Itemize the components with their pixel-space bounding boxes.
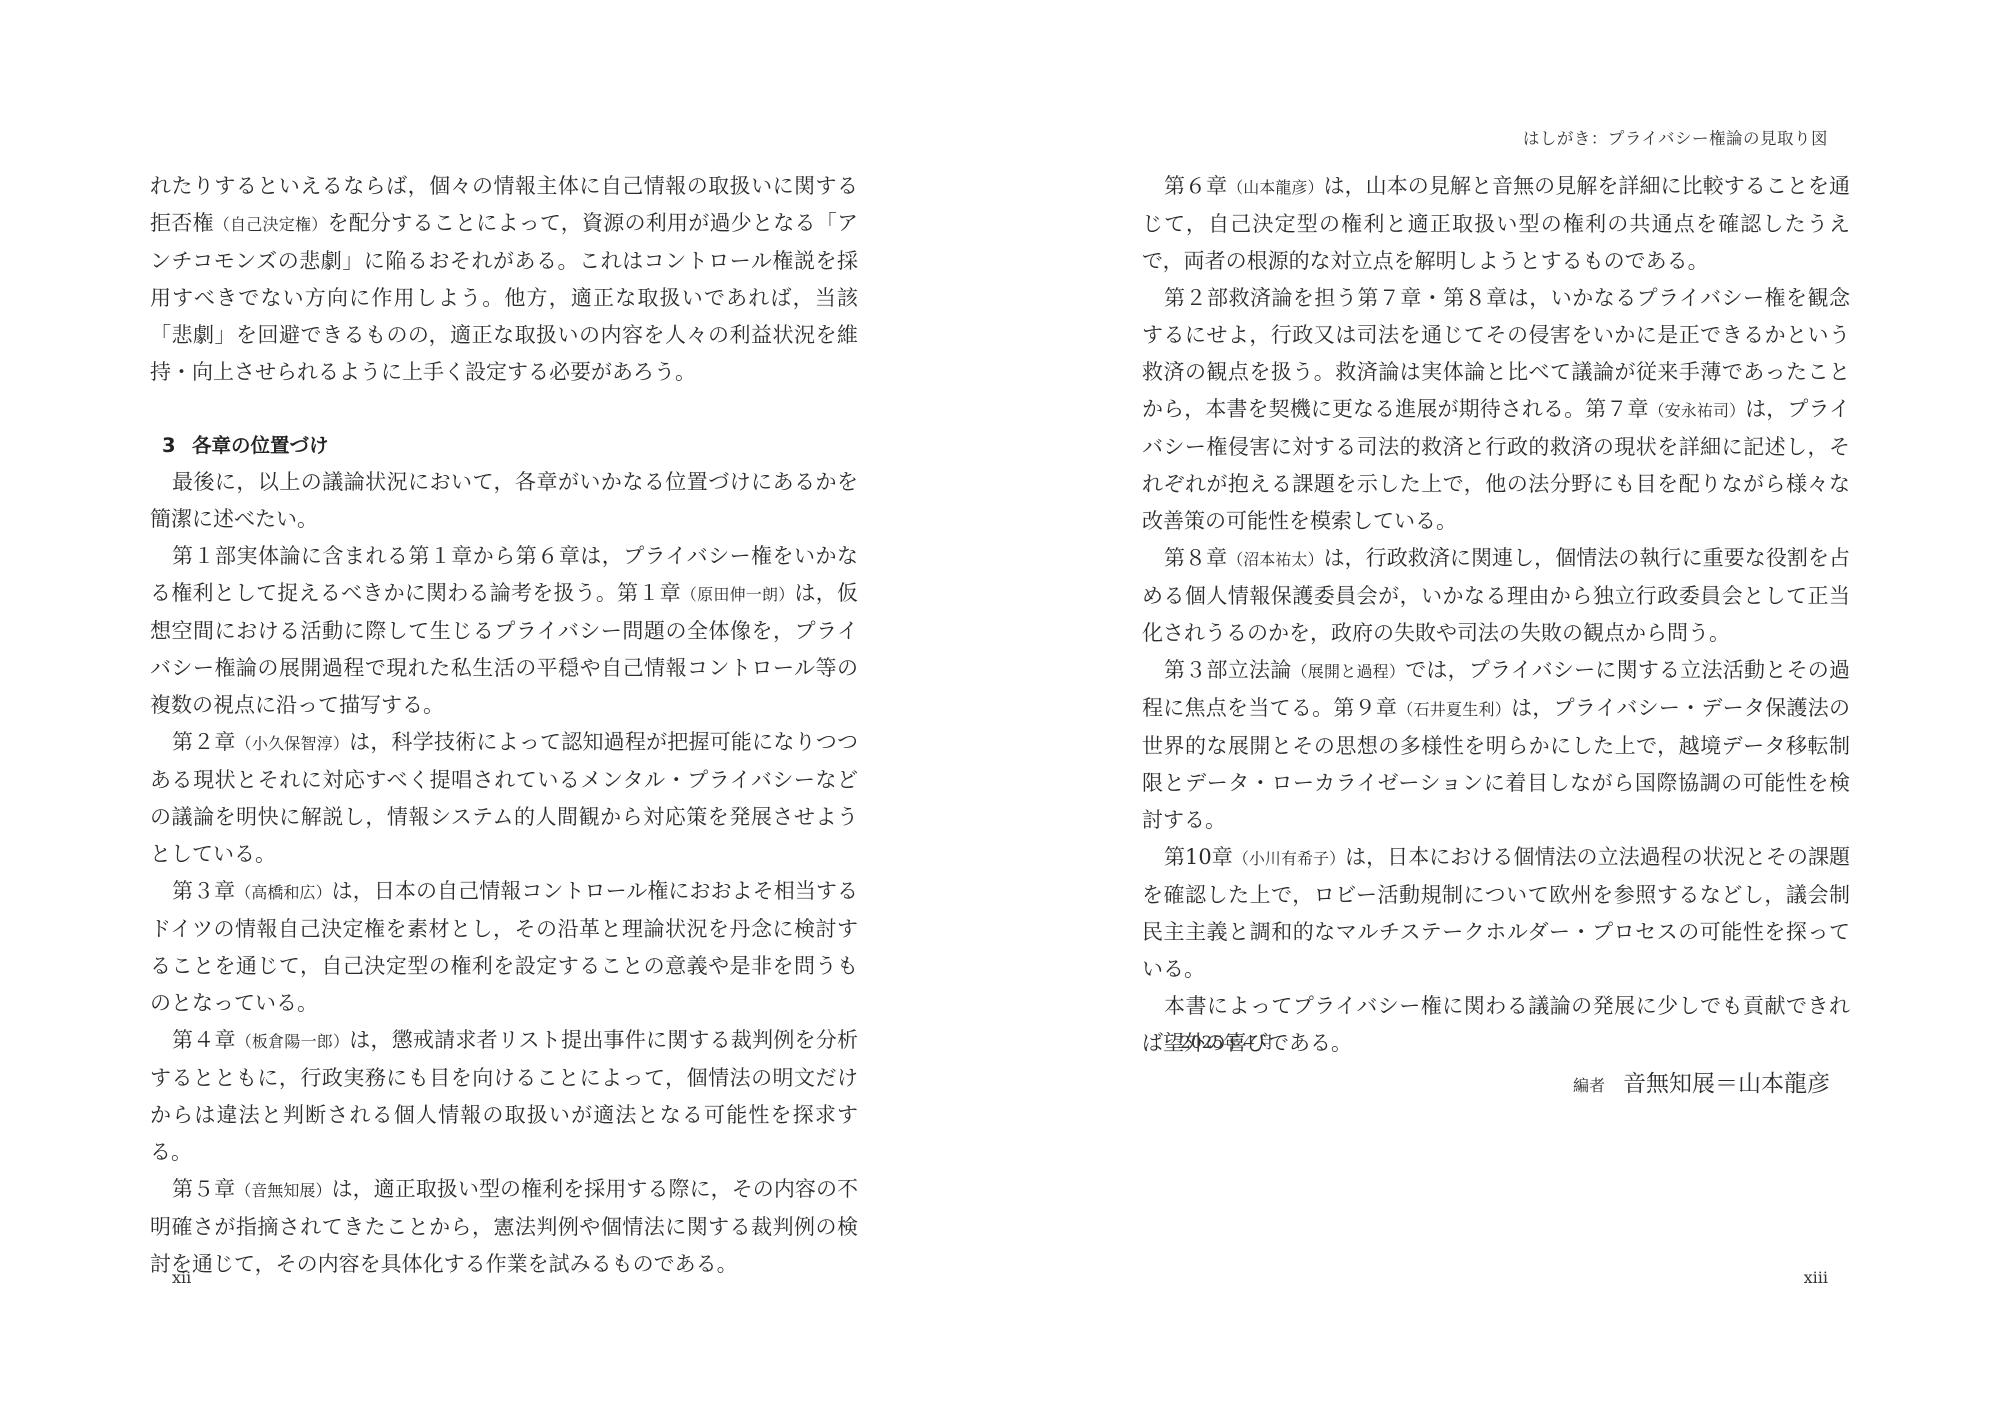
paragraph: 第２章（小久保智淳）は，科学技術によって認知過程が把握可能になりつつある現状とそ… — [150, 724, 858, 873]
author-name: （板倉陽一郎） — [236, 1032, 350, 1051]
paragraph-text: 第２章 — [172, 730, 236, 754]
paragraph: 第１部実体論に含まれる第１章から第６章は，プライバシー権をいかなる権利として捉え… — [150, 538, 858, 724]
paragraph-text: を配分することによって，資源の利用が過少となる「アンチコモンズの悲劇」に陥るおそ… — [150, 211, 858, 384]
paragraph-text: 第８章 — [1164, 546, 1227, 570]
right-text-block: 第６章（山本龍彦）は，山本の見解と音無の見解を詳細に比較することを通じて，自己決… — [1142, 168, 1850, 1062]
paragraph-text: 第３章 — [172, 879, 235, 903]
author-name: （高橋和広） — [235, 883, 331, 902]
paragraph-text: 第10章 — [1164, 845, 1233, 869]
section-heading: 3各章の位置づけ — [150, 427, 858, 464]
page-number-right: xiii — [1804, 1268, 1828, 1287]
paragraph: 第10章（小川有希子）は，日本における個情法の立法過程の状況とその課題を確認した… — [1142, 839, 1850, 988]
section-number: 3 — [156, 427, 192, 464]
paragraph-text: 最後に，以上の議論状況において，各章がいかなる位置づけにあるかを簡潔に述べたい。 — [150, 470, 858, 531]
right-page: はしがき：プライバシー権論の見取り図 第６章（山本龍彦）は，山本の見解と音無の見… — [1000, 0, 2000, 1414]
paragraph: 第３部立法論（展開と過程）では，プライバシーに関する立法活動とその過程に焦点を当… — [1142, 652, 1850, 839]
paragraph-text: 第６章 — [1164, 174, 1227, 198]
editor-signature: 編者音無知展＝山本龍彦 — [1573, 1065, 1830, 1098]
author-name: （沼本祐太） — [1227, 550, 1323, 569]
paragraph-text: 第４章 — [172, 1028, 236, 1052]
paragraph: 第２部救済論を担う第７章・第８章は，いかなるプライバシー権を観念するにせよ，行政… — [1142, 280, 1850, 540]
paragraph: 第５章（音無知展）は，適正取扱い型の権利を採用する際に，その内容の不明確さが指摘… — [150, 1171, 858, 1283]
left-paragraphs-before: れたりするといえるならば，個々の情報主体に自己情報の取扱いに関する拒否権（自己決… — [150, 168, 858, 391]
author-name: （山本龍彦） — [1227, 178, 1323, 197]
paragraph-text: 第５章 — [172, 1177, 235, 1201]
left-page: れたりするといえるならば，個々の情報主体に自己情報の取扱いに関する拒否権（自己決… — [0, 0, 1000, 1414]
author-name: （展開と過程） — [1291, 662, 1405, 681]
page-number-left: xii — [172, 1268, 191, 1287]
paragraph: 最後に，以上の議論状況において，各章がいかなる位置づけにあるかを簡潔に述べたい。 — [150, 464, 858, 538]
author-name: （音無知展） — [235, 1181, 331, 1200]
right-paragraphs: 第６章（山本龍彦）は，山本の見解と音無の見解を詳細に比較することを通じて，自己決… — [1142, 168, 1850, 1062]
editor-label: 編者 — [1573, 1076, 1605, 1095]
author-name: （原田伸一朗） — [681, 585, 795, 604]
left-paragraphs-after: 最後に，以上の議論状況において，各章がいかなる位置づけにあるかを簡潔に述べたい。… — [150, 464, 858, 1283]
author-name: （小川有希子） — [1233, 849, 1345, 868]
author-name: （安永祐司） — [1649, 401, 1746, 420]
editor-names: 音無知展＝山本龍彦 — [1623, 1071, 1830, 1097]
section-title: 各章の位置づけ — [192, 434, 329, 457]
paragraph: 第８章（沼本祐太）は，行政救済に関連し，個情法の執行に重要な役割を占める個人情報… — [1142, 540, 1850, 652]
running-head: はしがき：プライバシー権論の見取り図 — [1523, 125, 1828, 149]
paragraph: 第６章（山本龍彦）は，山本の見解と音無の見解を詳細に比較することを通じて，自己決… — [1142, 168, 1850, 280]
paragraph-text: 第３部立法論 — [1164, 658, 1291, 682]
author-name: （自己決定権） — [214, 215, 328, 234]
author-name: （小久保智淳） — [236, 734, 349, 753]
paragraph: れたりするといえるならば，個々の情報主体に自己情報の取扱いに関する拒否権（自己決… — [150, 168, 858, 391]
paragraph: 第３章（高橋和広）は，日本の自己情報コントロール権におおよそ相当するドイツの情報… — [150, 873, 858, 1022]
author-name: （石井夏生利） — [1397, 700, 1511, 719]
left-text-block: れたりするといえるならば，個々の情報主体に自己情報の取扱いに関する拒否権（自己決… — [150, 168, 858, 1283]
paragraph: 第４章（板倉陽一郎）は，懲戒請求者リスト提出事件に関する裁判例を分析するとともに… — [150, 1022, 858, 1171]
date: 2025年４月 — [1180, 1028, 1274, 1053]
